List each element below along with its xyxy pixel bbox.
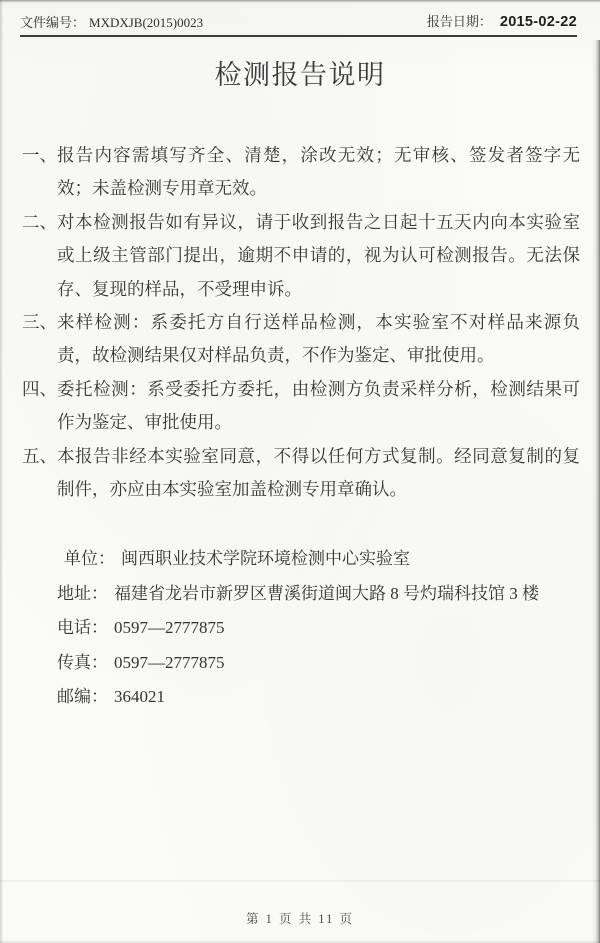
contact-unit-label: 单位： — [64, 549, 115, 568]
contact-fax: 传真：0597—2777875 — [57, 646, 580, 681]
contact-phone-label: 电话： — [57, 618, 108, 637]
contact-unit: 单位：闽西职业技术学院环境检测中心实验室 — [57, 542, 580, 577]
item-text: 委托检测：系受委托方委托，由检测方负责采样分析，检测结果可作为鉴定、审批使用。 — [57, 379, 580, 432]
scan-streak — [0, 880, 600, 882]
document-page: 文件编号：MXDXJB(2015)0023 报告日期：2015-02-22 检测… — [0, 0, 600, 943]
report-date: 报告日期：2015-02-22 — [427, 13, 577, 31]
instruction-item-4: 四、 委托检测：系受委托方委托，由检测方负责采样分析，检测结果可作为鉴定、审批使… — [22, 373, 580, 440]
contact-fax-label: 传真： — [57, 653, 108, 672]
item-marker: 五、 — [22, 440, 57, 473]
item-text: 来样检测：系委托方自行送样品检测，本实验室不对样品来源负责，故检测结果仅对样品负… — [57, 312, 580, 365]
report-date-value: 2015-02-22 — [500, 14, 577, 30]
file-number-value: MXDXJB(2015)0023 — [89, 15, 203, 30]
item-text: 对本检测报告如有异议，请于收到报告之日起十五天内向本实验室或上级主管部门提出，逾… — [57, 212, 580, 299]
instruction-item-5: 五、 本报告非经本实验室同意，不得以任何方式复制。经同意复制的复制件，亦应由本实… — [22, 440, 580, 507]
file-number: 文件编号：MXDXJB(2015)0023 — [20, 14, 203, 31]
document-header: 文件编号：MXDXJB(2015)0023 报告日期：2015-02-22 — [20, 13, 577, 37]
scan-edge-left — [0, 0, 3, 943]
item-marker: 一、 — [22, 139, 57, 172]
instruction-item-2: 二、 对本检测报告如有异议，请于收到报告之日起十五天内向本实验室或上级主管部门提… — [22, 206, 580, 306]
report-date-label: 报告日期： — [427, 14, 492, 29]
contact-address-value: 福建省龙岩市新罗区曹溪街道闽大路 8 号灼瑞科技馆 3 楼 — [114, 584, 539, 603]
contact-postcode-value: 364021 — [114, 687, 165, 706]
contact-phone-value: 0597—2777875 — [114, 618, 225, 637]
item-marker: 二、 — [22, 206, 57, 239]
item-marker: 三、 — [22, 306, 57, 339]
instruction-item-1: 一、 报告内容需填写齐全、清楚，涂改无效；无审核、签发者签字无效；未盖检测专用章… — [22, 139, 580, 206]
contact-unit-value: 闽西职业技术学院环境检测中心实验室 — [121, 549, 410, 568]
scan-edge-top — [0, 0, 600, 3]
contact-phone: 电话：0597—2777875 — [57, 611, 580, 646]
contact-fax-value: 0597—2777875 — [114, 653, 225, 672]
contact-address-label: 地址： — [57, 584, 108, 603]
page-title: 检测报告说明 — [0, 59, 600, 91]
item-text: 报告内容需填写齐全、清楚，涂改无效；无审核、签发者签字无效；未盖检测专用章无效。 — [57, 145, 580, 198]
item-text: 本报告非经本实验室同意，不得以任何方式复制。经同意复制的复制件，亦应由本实验室加… — [57, 446, 580, 499]
scan-edge-right — [592, 40, 600, 943]
item-marker: 四、 — [22, 373, 57, 406]
page-number: 第 1 页 共 11 页 — [0, 911, 600, 928]
instruction-item-3: 三、 来样检测：系委托方自行送样品检测，本实验室不对样品来源负责，故检测结果仅对… — [22, 306, 580, 373]
contact-address: 地址：福建省龙岩市新罗区曹溪街道闽大路 8 号灼瑞科技馆 3 楼 — [57, 577, 580, 612]
contact-postcode: 邮编：364021 — [57, 680, 580, 715]
file-number-label: 文件编号： — [20, 15, 85, 30]
instruction-list: 一、 报告内容需填写齐全、清楚，涂改无效；无审核、签发者签字无效；未盖检测专用章… — [22, 139, 580, 506]
contact-block: 单位：闽西职业技术学院环境检测中心实验室 地址：福建省龙岩市新罗区曹溪街道闽大路… — [57, 542, 580, 715]
contact-postcode-label: 邮编： — [57, 687, 108, 706]
